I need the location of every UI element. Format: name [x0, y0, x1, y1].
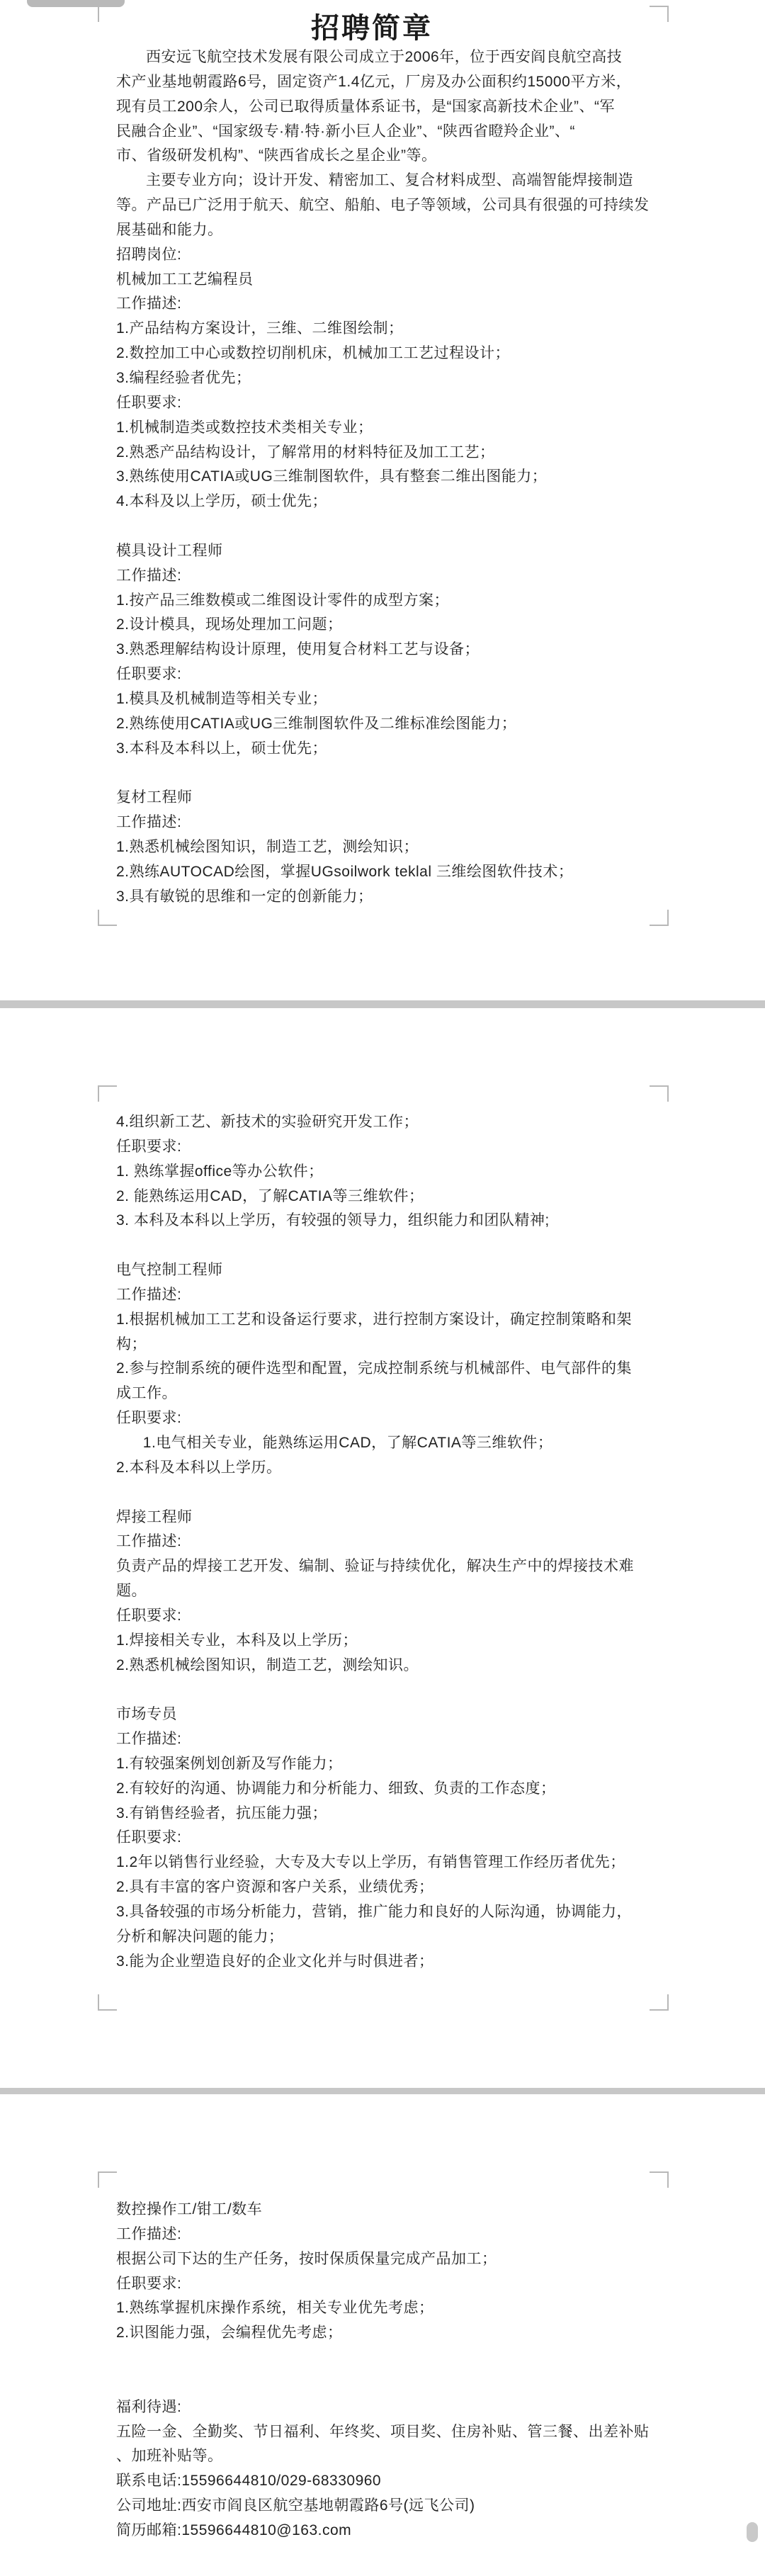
doc-line: 1.产品结构方案设计，三维、二维图绘制； — [116, 317, 654, 341]
doc-line: 2.参与控制系统的硬件选型和配置，完成控制系统与机械部件、电气部件的集 — [116, 1357, 654, 1382]
doc-line: 1.熟练掌握机床操作系统，相关专业优先考虑； — [116, 2296, 654, 2321]
doc-line: 3.熟练使用CATIA或UG三维制图软件，具有整套二维出图能力； — [116, 465, 654, 490]
doc-line: 市场专员 — [116, 1702, 654, 1727]
doc-line: 现有员工200余人，公司已取得质量体系证书，是“国家高新技术企业”、“军 — [116, 95, 654, 120]
page-separator — [0, 1000, 765, 1008]
crop-mark-top-right — [650, 1085, 669, 1102]
doc-line: 1.根据机械加工工艺和设备运行要求，进行控制方案设计，确定控制策略和架 — [116, 1308, 654, 1333]
doc-line: 主要专业方向；设计开发、精密加工、复合材料成型、高端智能焊接制造 — [116, 169, 654, 193]
doc-line: 工作描述: — [116, 1283, 654, 1308]
doc-line: 展基础和能力。 — [116, 218, 654, 243]
doc-line: 任职要求: — [116, 1604, 654, 1629]
page-3: 数控操作工/钳工/数车工作描述:根据公司下达的生产任务，按时保质保量完成产品加工… — [0, 2094, 765, 2576]
crop-mark-top-right — [650, 2171, 669, 2188]
crop-mark-bottom-left — [98, 910, 117, 926]
doc-line: 2.设计模具，现场处理加工问题； — [116, 613, 654, 638]
doc-line: 1.机械制造类或数控技术类相关专业； — [116, 416, 654, 441]
doc-line: 任职要求: — [116, 662, 654, 687]
crop-mark-top-left — [98, 1085, 117, 1102]
doc-line: 负责产品的焊接工艺开发、编制、验证与持续优化，解决生产中的焊接技术难 — [116, 1554, 654, 1579]
doc-line: 五险一金、全勤奖、节日福利、年终奖、项目奖、住房补贴、管三餐、出差补贴 — [116, 2420, 654, 2445]
page-2: 4.组织新工艺、新技术的实验研究开发工作；任职要求:1. 熟练掌握office等… — [0, 1008, 765, 2088]
doc-line — [116, 2346, 654, 2371]
doc-line: 2.熟悉机械绘图知识，制造工艺，测绘知识。 — [116, 1654, 654, 1678]
doc-line — [116, 2371, 654, 2395]
doc-line: 2.识图能力强，会编程优先考虑； — [116, 2321, 654, 2346]
doc-line: 联系电话:15596644810/029-68330960 — [116, 2469, 654, 2494]
doc-line: 3.能为企业塑造良好的企业文化并与时俱进者； — [116, 1950, 654, 1975]
doc-line: 工作描述: — [116, 2222, 654, 2247]
doc-line: 招聘岗位: — [116, 243, 654, 268]
doc-line: 等。产品已广泛用于航天、航空、船舶、电子等领域，公司具有很强的可持续发 — [116, 193, 654, 218]
doc-line: 1.焊接相关专业，本科及以上学历； — [116, 1629, 654, 1654]
doc-line: 西安远飞航空技术发展有限公司成立于2006年，位于西安阎良航空高技 — [116, 45, 654, 70]
doc-line: 1.电气相关专业，能熟练运用CAD，了解CATIA等三维软件； — [116, 1431, 654, 1456]
doc-line: 2.具有丰富的客户资源和客户关系，业绩优秀； — [116, 1875, 654, 1900]
doc-line: 工作描述: — [116, 564, 654, 589]
doc-line — [116, 514, 654, 539]
doc-line — [116, 1233, 654, 1258]
doc-line: 任职要求: — [116, 1135, 654, 1160]
page-1: 招聘简章 西安远飞航空技术发展有限公司成立于2006年，位于西安阎良航空高技术产… — [0, 0, 765, 1000]
doc-line: 根据公司下达的生产任务，按时保质保量完成产品加工； — [116, 2247, 654, 2272]
doc-line: 3.熟悉理解结构设计原理，使用复合材料工艺与设备； — [116, 638, 654, 662]
doc-line: 复材工程师 — [116, 786, 654, 810]
doc-line: 构； — [116, 1333, 654, 1357]
crop-mark-bottom-right — [650, 1994, 669, 2011]
doc-line: 任职要求: — [116, 391, 654, 416]
doc-line: 2.数控加工中心或数控切削机床，机械加工工艺过程设计； — [116, 341, 654, 366]
doc-line: 工作描述: — [116, 292, 654, 317]
doc-line: 3.具备较强的市场分析能力，营销，推广能力和良好的人际沟通，协调能力， — [116, 1900, 654, 1925]
doc-line: 2.熟悉产品结构设计，了解常用的材料特征及加工工艺； — [116, 441, 654, 465]
page-2-text: 4.组织新工艺、新技术的实验研究开发工作；任职要求:1. 熟练掌握office等… — [116, 1110, 654, 1975]
doc-line: 公司地址:西安市阎良区航空基地朝霞路6号(远飞公司) — [116, 2494, 654, 2519]
doc-line: 机械加工工艺编程员 — [116, 268, 654, 293]
doc-line: 简历邮箱:15596644810@163.com — [116, 2519, 654, 2543]
doc-line: 民融合企业”、“国家级专·精·特·新小巨人企业”、“陕西省瞪羚企业”、“ — [116, 120, 654, 145]
doc-line: 工作描述: — [116, 1727, 654, 1752]
scrollbar-thumb[interactable] — [747, 2522, 758, 2542]
doc-line: 2.熟练AUTOCAD绘图，掌握UGsoilwork teklal 三维绘图软件… — [116, 860, 654, 885]
doc-line: 1.模具及机械制造等相关专业； — [116, 687, 654, 712]
doc-line: 3.有销售经验者，抗压能力强； — [116, 1802, 654, 1826]
doc-line: 术产业基地朝霞路6号，固定资产1.4亿元，厂房及办公面积约15000平方米， — [116, 70, 654, 95]
doc-line: 工作描述: — [116, 810, 654, 835]
doc-line: 电气控制工程师 — [116, 1258, 654, 1283]
crop-mark-top-left — [98, 2171, 117, 2188]
doc-line: 2.有较好的沟通、协调能力和分析能力、细致、负责的工作态度； — [116, 1777, 654, 1802]
crop-mark-top-right — [650, 6, 669, 22]
doc-line: 1.有较强案例划创新及写作能力； — [116, 1752, 654, 1777]
doc-line: 1.熟悉机械绘图知识，制造工艺，测绘知识； — [116, 835, 654, 860]
doc-line — [116, 1481, 654, 1506]
page-title: 招聘简章 — [98, 6, 646, 46]
doc-line: 1.按产品三维数模或二维图设计零件的成型方案； — [116, 589, 654, 614]
doc-line: 福利待遇: — [116, 2395, 654, 2420]
doc-line: 3.具有敏锐的思维和一定的创新能力； — [116, 885, 654, 910]
doc-line: 焊接工程师 — [116, 1506, 654, 1530]
doc-line: 成工作。 — [116, 1382, 654, 1406]
doc-line: 市、省级研发机构”、“陕西省成长之星企业”等。 — [116, 144, 654, 169]
document-canvas: 招聘简章 西安远飞航空技术发展有限公司成立于2006年，位于西安阎良航空高技术产… — [0, 0, 765, 2576]
doc-line: 3.编程经验者优先； — [116, 366, 654, 391]
doc-line: 3.本科及本科以上，硕士优先； — [116, 737, 654, 762]
doc-line: 任职要求: — [116, 2272, 654, 2297]
page-separator — [0, 2088, 765, 2094]
crop-mark-bottom-left — [98, 1994, 117, 2011]
doc-line: 模具设计工程师 — [116, 539, 654, 564]
doc-line: 分析和解决问题的能力； — [116, 1925, 654, 1950]
doc-line: 数控操作工/钳工/数车 — [116, 2198, 654, 2222]
page-1-text: 西安远飞航空技术发展有限公司成立于2006年，位于西安阎良航空高技术产业基地朝霞… — [116, 45, 654, 910]
doc-line: 2. 能熟练运用CAD，了解CATIA等三维软件； — [116, 1185, 654, 1209]
doc-line: 3. 本科及本科以上学历，有较强的领导力，组织能力和团队精神; — [116, 1209, 654, 1233]
doc-line: 2.熟练使用CATIA或UG三维制图软件及二维标准绘图能力； — [116, 712, 654, 737]
top-scroll-indicator — [27, 0, 125, 7]
doc-line: 1.2年以销售行业经验，大专及大专以上学历，有销售管理工作经历者优先； — [116, 1851, 654, 1875]
doc-line: 任职要求: — [116, 1406, 654, 1431]
doc-line — [116, 1678, 654, 1702]
doc-line — [116, 761, 654, 786]
doc-line: 4.组织新工艺、新技术的实验研究开发工作； — [116, 1110, 654, 1135]
page-3-text: 数控操作工/钳工/数车工作描述:根据公司下达的生产任务，按时保质保量完成产品加工… — [116, 2198, 654, 2543]
doc-line: 工作描述: — [116, 1530, 654, 1554]
doc-line: 2.本科及本科以上学历。 — [116, 1456, 654, 1481]
doc-line: 4.本科及以上学历，硕士优先； — [116, 490, 654, 514]
doc-line: 任职要求: — [116, 1826, 654, 1851]
crop-mark-bottom-right — [650, 910, 669, 926]
doc-line: 1. 熟练掌握office等办公软件； — [116, 1160, 654, 1185]
doc-line: 题。 — [116, 1579, 654, 1604]
doc-line: 、加班补贴等。 — [116, 2444, 654, 2469]
